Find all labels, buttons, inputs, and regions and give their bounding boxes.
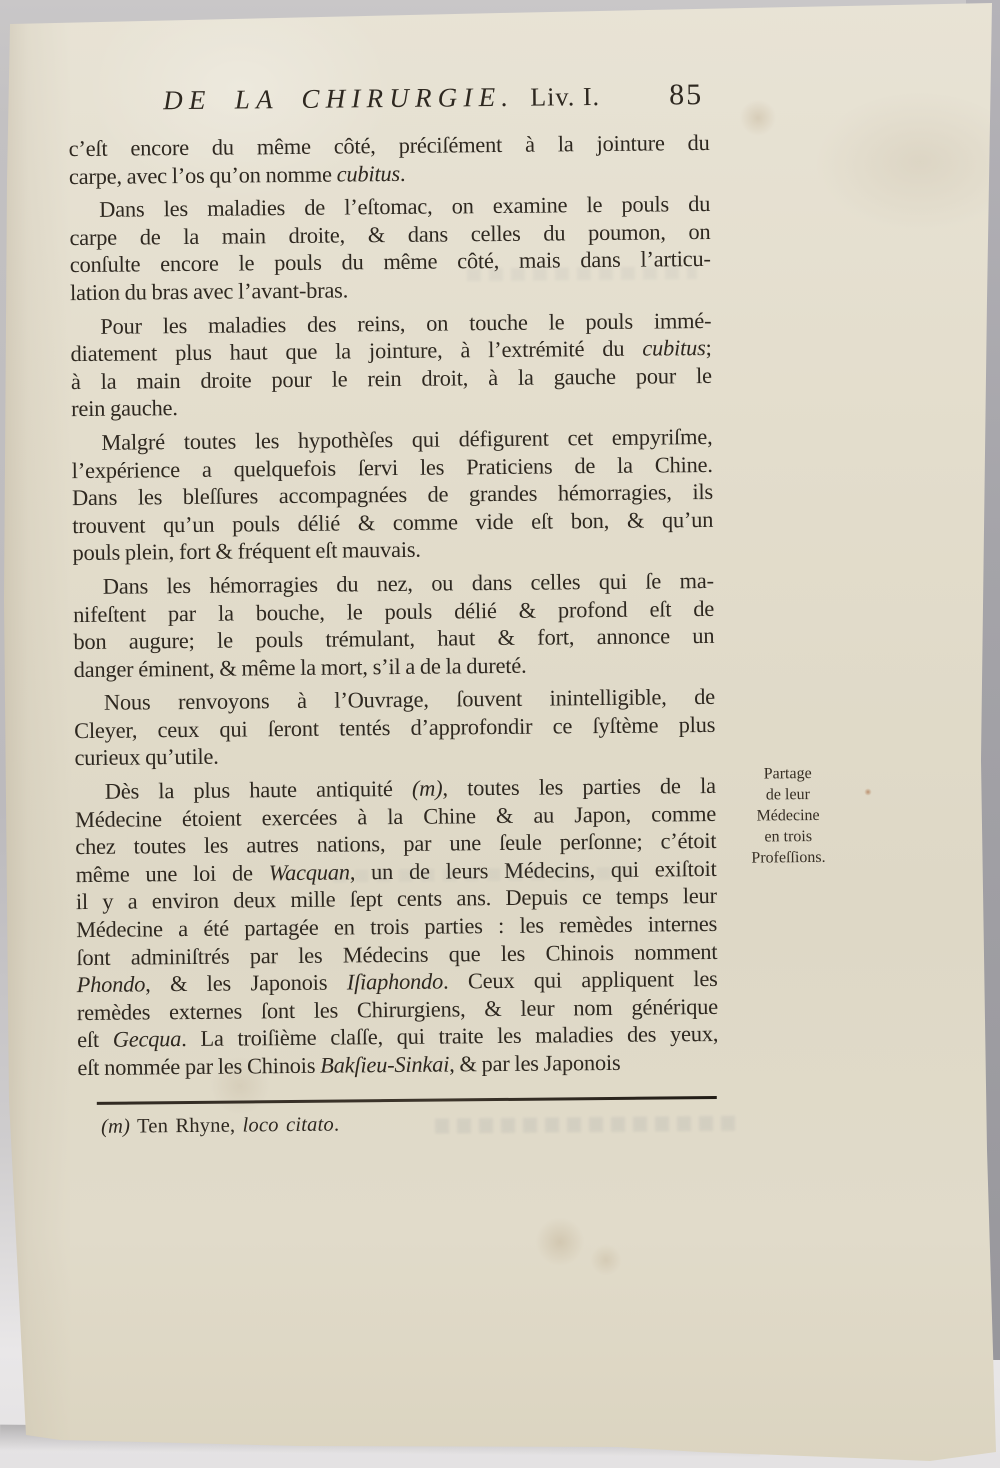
footnote-rule [97, 1096, 717, 1105]
paragraph: Malgré toutes les hypothèſes qui défigur… [71, 423, 713, 567]
book-part-label: Liv. I. [530, 82, 600, 112]
text-line: carpe, avec l’os qu’on nomme cubitus. [69, 157, 710, 191]
running-title: DE LA CHIRURGIE. [163, 82, 514, 115]
text-line: curieux qu’utile. [74, 738, 715, 772]
page-number: 85 [669, 78, 703, 112]
footnote: (m) Ten Rhyne, loco citato. [101, 1114, 339, 1139]
paragraph: Dès la plus haute antiquité (m), toutes … [75, 772, 719, 1082]
show-through-smudge [435, 1116, 735, 1134]
page-content: DE LA CHIRURGIE.Liv. I. 85 c’eſt encore … [0, 0, 1000, 1468]
paragraph: Nous renvoyons à l’Ouvrage, ſouvent inin… [74, 683, 716, 772]
text-line: pouls plein, fort & fréquent eſt mauvais… [72, 533, 713, 567]
paragraph: c’eſt encore du même côté, préciſément à… [69, 129, 711, 190]
paragraph: Dans les hémorragies du nez, ou dans cel… [73, 567, 715, 684]
text-line: danger éminent, & même la mort, s’il a d… [74, 650, 715, 684]
running-header: DE LA CHIRURGIE.Liv. I. [163, 81, 600, 116]
text-line: Profeſſions. [742, 847, 834, 869]
text-line: Médecine [742, 805, 834, 827]
paragraph: Dans les maladies de l’eſtomac, on exami… [69, 190, 711, 307]
book-page: DE LA CHIRURGIE.Liv. I. 85 c’eſt encore … [0, 0, 1000, 1468]
paragraph: Pour les maladies des reins, on touche l… [70, 307, 712, 424]
text-line: rein gauche. [71, 389, 712, 423]
text-line: lation du bras avec l’avant-bras. [70, 273, 711, 307]
text-line: Partage [742, 763, 834, 785]
text-line: de leur [742, 784, 834, 806]
text-line: en trois [742, 826, 834, 848]
scanned-book-photo: DE LA CHIRURGIE.Liv. I. 85 c’eſt encore … [0, 0, 1000, 1468]
margin-note: Partagede leurMédecineen troisProfeſſion… [742, 763, 835, 869]
text-line: eſt nommée par les Chinois Bakſieu-Sinka… [77, 1048, 718, 1082]
body-text: c’eſt encore du même côté, préciſément à… [69, 129, 719, 1082]
